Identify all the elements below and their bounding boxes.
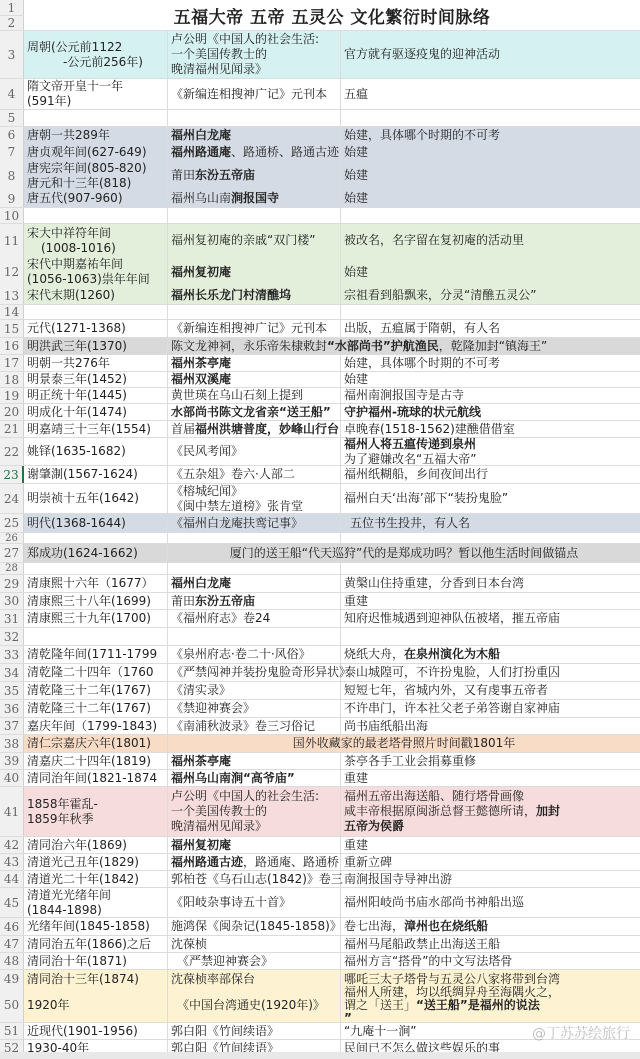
row-36: 36 清乾隆三十二年(1767) 《禁迎神赛会》 不许串门，许本社父老子弟答谢自… [0,700,640,718]
cell-source[interactable]: 福州复初庵的亲戚“双门楼” [168,224,341,257]
cell-period[interactable]: 明嘉靖三十三年(1554) [24,421,168,437]
cell-period[interactable]: 明代(1368-1644) [24,514,168,532]
row-39: 39 清嘉庆二十四年(1819) 福州茶亭庵 茶亭各手工业会捐募重修 [0,753,640,770]
row-header[interactable]: 24 [0,484,24,513]
cell-empty[interactable] [168,208,341,223]
cell-empty[interactable] [341,628,640,645]
cell-event[interactable]: 重新立碑 [341,854,640,870]
row-header[interactable]: 18 [0,372,24,387]
row-5: 5 [0,110,640,127]
row-header[interactable]: 37 [0,718,24,734]
cell-source[interactable]: 福州复初庵 [168,257,341,287]
row-header[interactable]: 46 [0,918,24,935]
row-header[interactable]: 10 [0,208,24,223]
row-header[interactable]: 41 [0,787,24,836]
cell-event[interactable]: 被改名，名字留在复初庵的活动里 [341,224,640,257]
row-header[interactable]: 27 [0,544,24,562]
cell-period[interactable]: 姚铎(1635-1682) [24,438,168,465]
row-header[interactable]: 39 [0,753,24,769]
cell-source[interactable]: 《清实录》 [168,682,341,699]
cell-event[interactable]: 宗祖看到船飘来，分灵“清醮五灵公” [341,287,640,304]
spreadsheet: 1 2 五福大帝 五帝 五灵公 文化繁衍时间脉络 3 周朝(公元前1122 -公… [0,0,640,1059]
row-header[interactable]: 3 [0,31,24,78]
row-35: 35 清乾隆三十二年(1767) 《清实录》 短短七年，省城内外，又有虔事五帝者 [0,682,640,700]
cell-period[interactable]: 周朝(公元前1122 -公元前256年) [24,31,168,78]
cell-period[interactable]: 明崇祯十五年(1642) [24,484,168,513]
cell-empty[interactable] [341,563,640,574]
row-23: 23 谢肇淛(1567-1624) 《五杂俎》卷六·人部二 福州纸糊船，乡间夜间… [0,466,640,484]
row-15: 15 元代(1271-1368) 《新编连相搜神广记》元刊本 出版，五瘟属于隋朝… [0,320,640,338]
cell-period[interactable]: 唐朝一共289年 [24,127,168,143]
cell-empty[interactable] [24,305,168,319]
cell-source[interactable]: 《泉州府志·卷二十·风俗》 [168,646,341,663]
row-header[interactable]: 35 [0,682,24,699]
cell-period[interactable]: 清乾隆三十二年(1767) [24,700,168,717]
cell-source[interactable]: 郭白阳《竹间续语》 [168,1023,341,1039]
row-3: 3 周朝(公元前1122 -公元前256年) 卢公明《中国人的社会生活: 一个美… [0,31,640,79]
row-header[interactable]: 19 [0,388,24,403]
row-41: 41 1858年霍乱- 1859年秋季 卢公明《中国人的社会生活: 一个美国传教… [0,787,640,837]
row-header[interactable]: 36 [0,700,24,717]
row-38: 38 清仁宗嘉庆六年(1801) 国外收藏家的最老塔骨照片时间戳1801年 [0,735,640,753]
row-header[interactable]: 33 [0,646,24,663]
row-21: 21 明嘉靖三十三年(1554) 首届福州洪塘普度，妙峰山行台 卓晚春(1518… [0,421,640,438]
cell-empty[interactable] [168,628,341,645]
row-header[interactable]: 14 [0,305,24,319]
cell-event[interactable]: 始建，具体哪个时期的不可考 [341,355,640,371]
cell-period[interactable]: 清乾隆二十四年（1760 [24,664,168,681]
cell-event[interactable]: 五瘟 [341,79,640,109]
row-header-selected[interactable]: 23 [0,466,24,483]
cell-event[interactable]: 守护福州-琉球的状元航线 [341,404,640,420]
row-header[interactable]: 34 [0,664,24,681]
cell-event[interactable]: 泰山城隍可，不许扮鬼脸，人们打扮重囚 [341,664,640,681]
row-12: 12 宋代中期嘉祐年间 (1056-1063)祟年年间 福州复初庵 始建 [0,257,640,287]
cell-event[interactable]: 黄槃山住持重建，分香到日本台湾 [341,575,640,592]
cell-period[interactable]: 清康熙三十九年(1700) [24,610,168,627]
cell-event[interactable]: 烧纸大舟，在泉州演化为木船 [341,646,640,663]
row-header[interactable]: 30 [0,593,24,609]
cell-empty[interactable] [24,628,168,645]
cell-source[interactable]: 福州乌山南涧报国寺 [168,190,341,207]
cell-period[interactable]: 清道光己丑年(1829) [24,854,168,870]
cell-period[interactable]: 清同治五年(1866)之后 [24,936,168,952]
row-header[interactable]: 51 [0,1023,24,1039]
cell-source[interactable]: 郭柏苍《乌石山志(1842)》卷三 [168,871,341,887]
cell-period[interactable]: 唐宪宗年间(805-820) 唐元和十三年(818) [24,161,168,190]
cell-period[interactable]: 清同治十年(1871) [24,953,168,969]
row-header[interactable]: 9 [0,190,24,207]
cell-period[interactable]: 清同治十三年(1874) [24,970,168,988]
row-header[interactable]: 4 [0,79,24,109]
cell-period[interactable]: 明朝一共276年 [24,355,168,371]
cell-source[interactable]: 卢公明《中国人的社会生活: 一个美国传教士的 晚清福州见闻录》 [168,787,341,836]
cell-period[interactable]: 近现代(1901-1956) [24,1023,168,1039]
cell-event[interactable]: 重建 [341,837,640,853]
cell-period[interactable]: 清道光二十年(1842) [24,871,168,887]
cell-event[interactable]: 始建，具体哪个时期的不可考 [341,127,640,143]
cell-empty[interactable] [168,110,341,126]
cell-event[interactable]: 福州白天‘出海’部下“装扮鬼脸” [341,484,640,513]
row-50: 50 1920年 《中国台湾通史(1920年)》 福州人所建，均以纸绸舁舟至海隅… [0,988,640,1023]
cell-period[interactable]: 唐贞观年间(627-649) [24,143,168,161]
cell-empty[interactable] [341,208,640,223]
cell-source[interactable]: 福州茶亭庵 [168,753,341,769]
row-13: 13 宋代末期(1260) 福州长乐龙门村清醮坞 宗祖看到船飘来，分灵“清醮五灵… [0,287,640,305]
cell-event[interactable]: 始建 [341,143,640,161]
row-7: 7 唐贞观年间(627-649) 福州路通庵、路通桥、路通古迹 始建 [0,143,640,161]
cell-period[interactable]: 清乾隆三十二年(1767) [24,682,168,699]
cell-empty[interactable] [24,208,168,223]
cell-event[interactable]: 卷七出海，漳州也在烧纸船 [341,918,640,935]
cell-period[interactable]: 唐五代(907-960) [24,190,168,207]
cell-source[interactable]: 福州双溪庵 [168,372,341,387]
cell-source[interactable]: 《福州白龙庵扶鸾记事》 [168,514,341,532]
cell-empty[interactable] [24,563,168,574]
cell-source[interactable]: 首届福州洪塘普度，妙峰山行台 [168,421,341,437]
cell-source[interactable]: 卢公明《中国人的社会生活: 一个美国传教士的 晚清福州见闻录》 [168,31,341,78]
cell-event[interactable]: 不许串门，许本社父老子弟答谢自家神庙 [341,700,640,717]
cell-period[interactable]: 1920年 [24,988,168,1022]
row-33: 33 清乾隆年间(1711-1799 《泉州府志·卷二十·风俗》 烧纸大舟，在泉… [0,646,640,664]
cell-merged-event[interactable]: 陈文龙神祠，永乐帝朱棣敕封“水部尚书”护航渔民，乾隆加封“镇海王” [168,338,640,354]
row-header[interactable]: 38 [0,735,24,752]
cell-source[interactable]: 《阳岐杂事诗五十首》 [168,888,341,917]
cell-event[interactable]: 尚书庙纸船出海 [341,718,640,734]
cell-period[interactable]: 明正统十年(1445) [24,388,168,403]
row-header[interactable]: 42 [0,837,24,853]
row-11: 11 宋大中祥符年间 (1008-1016) 福州复初庵的亲戚“双门楼” 被改名… [0,224,640,257]
cell-event[interactable]: 福州人将五瘟传递到泉州 为了避嫌改名“五福大帝” [341,438,640,465]
cell-empty[interactable] [168,305,341,319]
cell-period[interactable]: 清同治六年(1869) [24,837,168,853]
cell-event[interactable]: 南涧报国寺导神出游 [341,871,640,887]
row-9: 9 唐五代(907-960) 福州乌山南涧报国寺 始建 [0,190,640,208]
row-header[interactable]: 50 [0,988,24,1022]
cell-source[interactable]: 水部尚书陈文龙省亲“送王船” [168,404,341,420]
row-46: 46 光绪年间(1845-1858) 施鸿保《闽杂记(1845-1858)》 卷… [0,918,640,936]
cell-event[interactable]: 五位书生投井，有人名 [341,514,640,532]
row-44: 44 清道光二十年(1842) 郭柏苍《乌石山志(1842)》卷三 南涧报国寺导… [0,871,640,888]
cell-source[interactable]: 《严禁闯神并装扮鬼脸奇形异状》 [168,664,341,681]
cell-event[interactable]: 始建 [341,161,640,190]
cell-period[interactable]: 宋代末期(1260) [24,287,168,304]
row-4: 4 隋文帝开皇十一年 (591年) 《新编连相搜神广记》元刊本 五瘟 [0,79,640,110]
row-30: 30 清康熙三十八年(1699) 莆田东汾五帝庙 重建 [0,593,640,610]
row-28: 28 [0,563,640,575]
cell-source[interactable]: 《新编连相搜神广记》元刊本 [168,320,341,337]
title-cell[interactable]: 五福大帝 五帝 五灵公 文化繁衍时间脉络 [24,0,640,31]
cell-source[interactable]: 福州乌山南涧“高爷庙” [168,770,341,786]
row-40: 40 清同治年间(1821-1874 福州乌山南涧“高爷庙” 重建 [0,770,640,787]
row-17: 17 明朝一共276年 福州茶亭庵 始建，具体哪个时期的不可考 [0,355,640,372]
row-26: 26 [0,533,640,544]
cell-event[interactable]: 始建 [341,257,640,287]
row-header[interactable]: 49 [0,970,24,988]
row-header[interactable]: 5 [0,110,24,126]
row-19: 19 明正统十年(1445) 黄世瑛在乌山石刻上提到 福州南涧报国寺是古寺 [0,388,640,404]
row-header[interactable]: 43 [0,854,24,870]
row-header[interactable]: 21 [0,421,24,437]
row-48: 48 清同治十年(1871) 《严禁迎神赛会》 福州方言“搭骨”的中文写法塔骨 [0,953,640,970]
cell-period[interactable]: 清嘉庆二十四年(1819) [24,753,168,769]
cell-event[interactable]: 福州方言“搭骨”的中文写法塔骨 [341,953,640,969]
cell-source[interactable]: 《榕城纪闻》 《闽中禁左道榜》张肯堂 [168,484,341,513]
row-header[interactable]: 20 [0,404,24,420]
cell-period[interactable]: 光绪年间(1845-1858) [24,918,168,935]
sheet-tab-bar [0,1052,640,1059]
row-6: 6 唐朝一共289年 福州白龙庵 始建，具体哪个时期的不可考 [0,127,640,143]
cell-event[interactable]: 知府迟惟城遇到迎神队伍被堵，摧五帝庙 [341,610,640,627]
row-header[interactable]: 6 [0,127,24,143]
cell-source[interactable]: 《民风考闻》 [168,438,341,465]
cell-source[interactable]: 福州长乐龙门村清醮坞 [168,287,341,304]
cell-empty[interactable] [341,110,640,126]
cell-event[interactable]: 福州马尾船政禁止出海送王船 [341,936,640,952]
cell-empty[interactable] [341,305,640,319]
sheet-title: 五福大帝 五帝 五灵公 文化繁衍时间脉络 [174,3,491,28]
cell-source[interactable]: 《新编连相搜神广记》元刊本 [168,79,341,109]
cell-period[interactable]: 明景泰三年(1452) [24,372,168,387]
row-header[interactable]: 1 [0,0,24,15]
row-header[interactable]: 28 [0,563,24,574]
row-header[interactable]: 8 [0,161,24,190]
row-16: 16 明洪武三年(1370) 陈文龙神祠，永乐帝朱棣敕封“水部尚书”护航渔民，乾… [0,338,640,355]
cell-period[interactable]: 清仁宗嘉庆六年(1801) [24,735,168,752]
row-header[interactable]: 13 [0,287,24,304]
row-34: 34 清乾隆二十四年（1760 《严禁闯神并装扮鬼脸奇形异状》 泰山城隍可，不许… [0,664,640,682]
cell-source[interactable]: 福州路通庵、路通桥、路通古迹 [168,143,341,161]
row-32: 32 [0,628,640,646]
cell-event[interactable]: 茶亭各手工业会捐募重修 [341,753,640,769]
cell-source[interactable]: 《五杂俎》卷六·人部二 [168,466,341,483]
row-header[interactable]: 7 [0,143,24,161]
cell-merged-event[interactable]: 国外收藏家的最老塔骨照片时间戳1801年 [168,735,640,752]
cell-period[interactable]: 宋大中祥符年间 (1008-1016) [24,224,168,257]
cell-empty[interactable] [24,533,168,543]
cell-source[interactable]: 《福州府志》卷24 [168,610,341,627]
cell-period[interactable]: 宋代中期嘉祐年间 (1056-1063)祟年年间 [24,257,168,287]
row-header[interactable]: 16 [0,338,24,354]
cell-event[interactable]: 始建 [341,190,640,207]
cell-period[interactable]: 1858年霍乱- 1859年秋季 [24,787,168,836]
row-18: 18 明景泰三年(1452) 福州双溪庵 始建 [0,372,640,388]
cell-source[interactable]: 施鸿保《闽杂记(1845-1858)》 [168,918,341,935]
row-45: 45 清道光光绪年间 (1844-1898) 《阳岐杂事诗五十首》 福州阳岐尚书… [0,888,640,918]
watermark: @丁苏苏绘旅行 [532,1023,630,1043]
row-header[interactable]: 32 [0,628,24,645]
row-header[interactable]: 45 [0,888,24,917]
cell-event[interactable]: 短短七年，省城内外，又有虔事五帝者 [341,682,640,699]
row-header[interactable]: 25 [0,514,24,532]
row-22: 22 姚铎(1635-1682) 《民风考闻》 福州人将五瘟传递到泉州 为了避嫌… [0,438,640,466]
row-header[interactable]: 40 [0,770,24,786]
cell-source[interactable]: 《南浦秋波录》卷三习俗记 [168,718,341,734]
cell-source[interactable]: 《严禁迎神赛会》 [168,953,341,969]
cell-source[interactable]: 《禁迎神赛会》 [168,700,341,717]
row-27: 27 郑成功(1624-1662) 厦门的送王船“代天巡狩”代的是郑成功吗？暂以… [0,544,640,563]
cell-period[interactable]: 元代(1271-1368) [24,320,168,337]
cell-event[interactable]: 始建 [341,372,640,387]
cell-source[interactable]: 莆田东汾五帝庙 [168,161,341,190]
cell-event[interactable]: 福州纸糊船，乡间夜间出行 [341,466,640,483]
cell-event[interactable]: 卓晚春(1518-1562)建醮借借室 [341,421,640,437]
cell-period[interactable]: 明成化十年(1474) [24,404,168,420]
cell-period[interactable]: 清乾隆年间(1711-1799 [24,646,168,663]
cell-event[interactable]: 福州阳岐尚书庙水部尚书神船出巡 [341,888,640,917]
row-header[interactable]: 2 [0,16,24,30]
cell-source[interactable]: 福州路通古迹，路通庵、路通桥 [168,854,341,870]
cell-period[interactable]: 清康熙三十八年(1699) [24,593,168,609]
cell-merged-event[interactable]: 厦门的送王船“代天巡狩”代的是郑成功吗？暂以他生活时间做锚点 [168,544,640,562]
row-header[interactable]: 48 [0,953,24,969]
row-header[interactable]: 44 [0,871,24,887]
row-29: 29 清康熙十六年（1677） 福州白龙庵 黄槃山住持重建，分香到日本台湾 [0,575,640,593]
cell-source[interactable]: 《中国台湾通史(1920年)》 [168,988,341,1022]
row-10: 10 [0,208,640,224]
row-25: 25 明代(1368-1644) 《福州白龙庵扶鸾记事》 五位书生投井，有人名 [0,514,640,533]
cell-empty[interactable] [168,533,341,543]
row-header[interactable]: 12 [0,257,24,287]
cell-period[interactable]: 嘉庆年间（1799-1843) [24,718,168,734]
row-header[interactable]: 26 [0,533,24,543]
cell-source[interactable]: 黄世瑛在乌山石刻上提到 [168,388,341,403]
cell-event[interactable]: 出版，五瘟属于隋朝，有人名 [341,320,640,337]
row-42: 42 清同治六年(1869) 福州复初庵 重建 [0,837,640,854]
cell-source[interactable]: 福州白龙庵 [168,127,341,143]
row-20: 20 明成化十年(1474) 水部尚书陈文龙省亲“送王船” 守护福州-琉球的状元… [0,404,640,421]
row-47: 47 清同治五年(1866)之后 沈葆桢 福州马尾船政禁止出海送王船 [0,936,640,953]
row-14: 14 [0,305,640,320]
cell-period[interactable]: 郑成功(1624-1662) [24,544,168,562]
cell-empty[interactable] [24,110,168,126]
row-43: 43 清道光己丑年(1829) 福州路通古迹，路通庵、路通桥 重新立碑 [0,854,640,871]
cell-event[interactable]: 福州五帝出海送船、随行塔骨画像 咸丰帝根据原闽浙总督王懿德所请，加封 五帝为侯爵 [341,787,640,836]
cell-period[interactable]: 清康熙十六年（1677） [24,575,168,592]
cell-event[interactable]: 重建 [341,770,640,786]
cell-event[interactable]: 福州人所建，均以纸绸舁舟至海隅火之， 谓之「送王」“送王船”是福州的说法 ” [341,988,640,1022]
row-24: 24 明崇祯十五年(1642) 《榕城纪闻》 《闽中禁左道榜》张肯堂 福州白天‘… [0,484,640,514]
cell-source[interactable]: 沈葆桢率部保台 [168,970,341,988]
cell-period[interactable]: 清同治年间(1821-1874 [24,770,168,786]
cell-event[interactable]: 福州南涧报国寺是古寺 [341,388,640,403]
cell-empty[interactable] [168,563,341,574]
cell-source[interactable]: 沈葆桢 [168,936,341,952]
row-header[interactable]: 15 [0,320,24,337]
cell-source[interactable]: 福州茶亭庵 [168,355,341,371]
row-header[interactable]: 17 [0,355,24,371]
row-8: 8 唐宪宗年间(805-820) 唐元和十三年(818) 莆田东汾五帝庙 始建 [0,161,640,190]
row-31: 31 清康熙三十九年(1700) 《福州府志》卷24 知府迟惟城遇到迎神队伍被堵… [0,610,640,628]
row-header[interactable]: 31 [0,610,24,627]
cell-source[interactable]: 莆田东汾五帝庙 [168,593,341,609]
cell-period[interactable]: 谢肇淛(1567-1624) [24,466,168,483]
cell-empty[interactable] [341,533,640,543]
cell-source[interactable]: 福州白龙庵 [168,575,341,592]
cell-event[interactable]: 官方就有驱逐疫鬼的迎神活动 [341,31,640,78]
cell-period[interactable]: 隋文帝开皇十一年 (591年) [24,79,168,109]
cell-event[interactable]: 重建 [341,593,640,609]
cell-period[interactable]: 清道光光绪年间 (1844-1898) [24,888,168,917]
row-header[interactable]: 29 [0,575,24,592]
row-37: 37 嘉庆年间（1799-1843) 《南浦秋波录》卷三习俗记 尚书庙纸船出海 [0,718,640,735]
row-header[interactable]: 47 [0,936,24,952]
row-header[interactable]: 11 [0,224,24,257]
row-header[interactable]: 22 [0,438,24,465]
cell-source[interactable]: 福州复初庵 [168,837,341,853]
cell-period[interactable]: 明洪武三年(1370) [24,338,168,354]
